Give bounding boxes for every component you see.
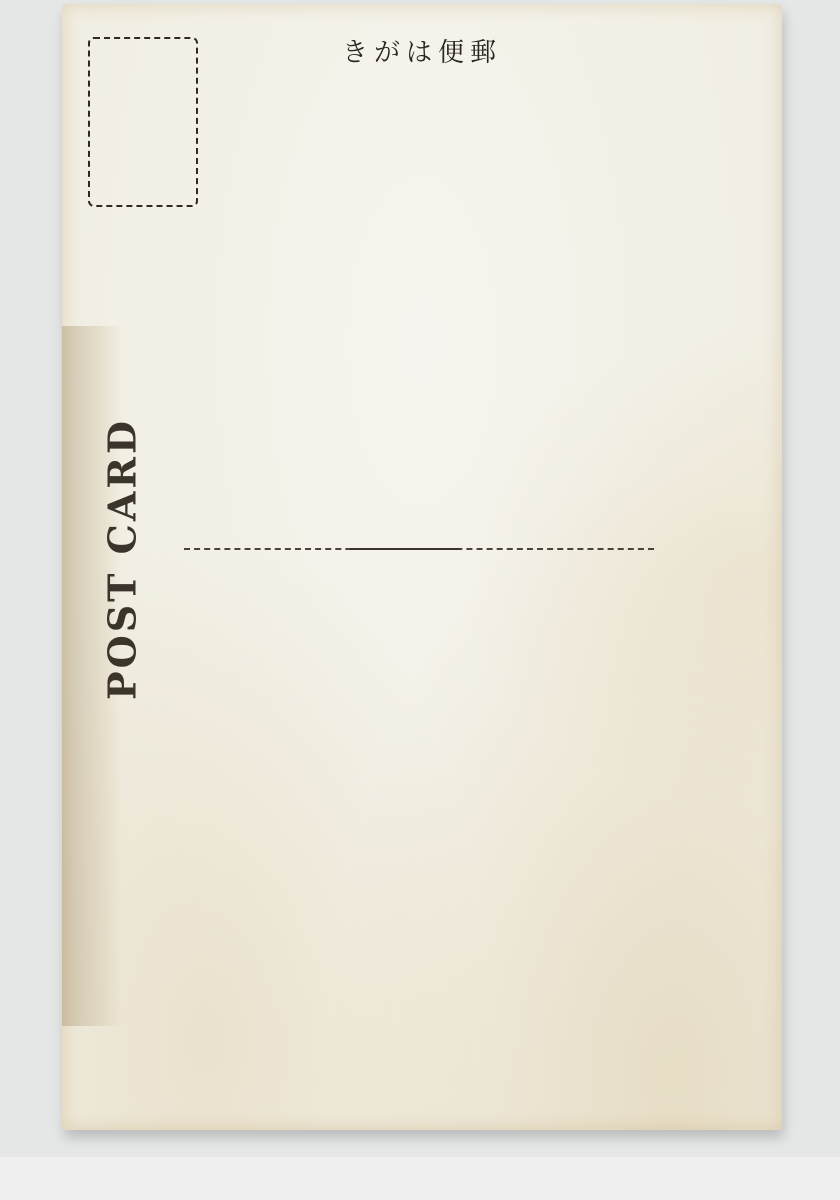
address-divider-solid: [350, 548, 460, 550]
post-card-label: POST CARD: [100, 418, 145, 700]
bottom-strip: [0, 1157, 840, 1200]
postcard-heading: きがは便郵: [292, 32, 552, 69]
postcard: きがは便郵 POST CARD: [62, 4, 782, 1130]
stamp-box: [88, 37, 198, 207]
